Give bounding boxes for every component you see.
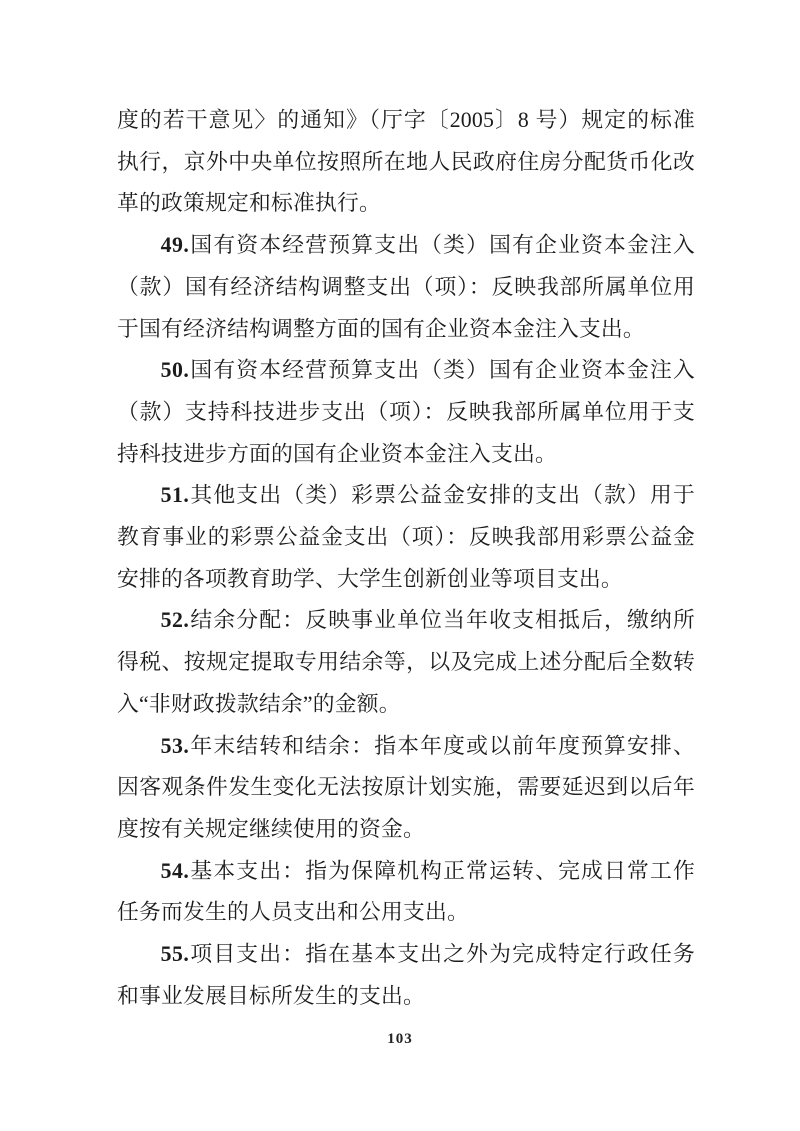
paragraph-text: 结余分配：反映事业单位当年收支相抵后，缴纳所得税、按规定提取专用结余等，以及完成… [117, 608, 695, 715]
paragraph: 49.国有资本经营预算支出（类）国有企业资本金注入（款）国有经济结构调整支出（项… [117, 225, 695, 350]
page-number: 103 [0, 1031, 800, 1048]
paragraph-text: 项目支出：指在基本支出之外为完成特定行政任务和事业发展目标所发生的支出。 [117, 942, 695, 1008]
paragraph-text: 其他支出（类）彩票公益金安排的支出（款）用于教育事业的彩票公益金支出（项）：反映… [117, 483, 695, 590]
item-number: 49. [161, 233, 190, 257]
item-number: 53. [161, 734, 190, 758]
paragraph-text: 国有资本经营预算支出（类）国有企业资本金注入（款）国有经济结构调整支出（项）：反… [117, 233, 695, 340]
paragraph: 51.其他支出（类）彩票公益金安排的支出（款）用于教育事业的彩票公益金支出（项）… [117, 475, 695, 600]
paragraph-text: 基本支出：指为保障机构正常运转、完成日常工作任务而发生的人员支出和公用支出。 [117, 859, 695, 925]
paragraph-text: 年末结转和结余：指本年度或以前年度预算安排、因客观条件发生变化无法按原计划实施，… [117, 734, 695, 841]
document-page: 度的若干意见〉的通知》（厅字〔2005〕8 号）规定的标准执行，京外中央单位按照… [0, 0, 800, 1131]
paragraph: 50.国有资本经营预算支出（类）国有企业资本金注入（款）支持科技进步支出（项）：… [117, 350, 695, 475]
item-number: 52. [161, 608, 190, 632]
item-number: 51. [161, 483, 190, 507]
paragraph: 52.结余分配：反映事业单位当年收支相抵后，缴纳所得税、按规定提取专用结余等，以… [117, 600, 695, 725]
item-number: 54. [161, 859, 190, 883]
paragraph: 54.基本支出：指为保障机构正常运转、完成日常工作任务而发生的人员支出和公用支出… [117, 851, 695, 934]
paragraph: 55.项目支出：指在基本支出之外为完成特定行政任务和事业发展目标所发生的支出。 [117, 934, 695, 1017]
paragraph: 度的若干意见〉的通知》（厅字〔2005〕8 号）规定的标准执行，京外中央单位按照… [117, 100, 695, 225]
paragraph: 53.年末结转和结余：指本年度或以前年度预算安排、因客观条件发生变化无法按原计划… [117, 726, 695, 851]
paragraph-text: 度的若干意见〉的通知》（厅字〔2005〕8 号）规定的标准执行，京外中央单位按照… [117, 108, 695, 215]
item-number: 55. [161, 942, 190, 966]
paragraph-text: 国有资本经营预算支出（类）国有企业资本金注入（款）支持科技进步支出（项）：反映我… [117, 358, 695, 465]
document-body: 度的若干意见〉的通知》（厅字〔2005〕8 号）规定的标准执行，京外中央单位按照… [117, 100, 695, 1017]
item-number: 50. [161, 358, 190, 382]
